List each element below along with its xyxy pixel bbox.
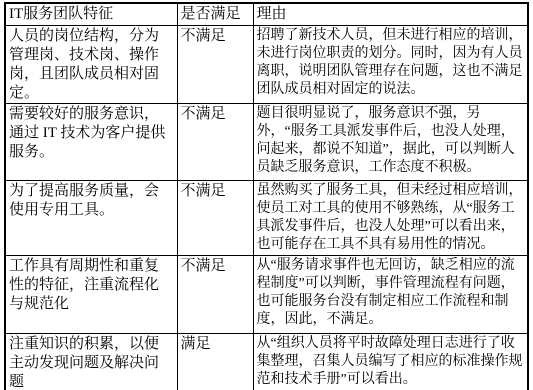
table-row: 工作具有周期性和重复性的特征，注重流程化与规范化 不满足 从“服务请求事件也无回… <box>5 256 528 334</box>
status-cell: 满足 <box>177 334 253 390</box>
status-cell: 不满足 <box>177 26 253 104</box>
status-cell: 不满足 <box>177 104 253 181</box>
feature-cell: 为了提高服务质量，会使用专用工具。 <box>5 181 177 256</box>
feature-cell: 人员的岗位结构，分为管理岗、技术岗、操作岗，且团队成员相对固定。 <box>5 26 177 104</box>
document-page: IT服务团队特征 是否满足 理由 人员的岗位结构，分为管理岗、技术岗、操作岗，且… <box>0 0 533 390</box>
feature-cell: 工作具有周期性和重复性的特征，注重流程化与规范化 <box>5 256 177 334</box>
header-feature: IT服务团队特征 <box>5 3 177 26</box>
header-reason: 理由 <box>253 3 528 26</box>
reason-cell: 招聘了新技术人员，但未进行相应的培训，未进行岗位职责的划分。同时，因为有人员离职… <box>253 26 528 104</box>
reason-cell: 题目很明显说了，服务意识不强，另外，“服务工具派发事件后，也没人处理，问起来，都… <box>253 104 528 181</box>
feature-cell: 注重知识的积累，以便主动发现问题及解决问题 <box>5 334 177 390</box>
header-status: 是否满足 <box>177 3 253 26</box>
status-cell: 不满足 <box>177 256 253 334</box>
header-row: IT服务团队特征 是否满足 理由 <box>5 3 528 26</box>
feature-cell: 需要较好的服务意识，通过 IT 技术为客户提供服务。 <box>5 104 177 181</box>
reason-cell: 虽然购买了服务工具，但未经过相应培训，使员工对工具的使用不够熟练，从“服务工具派… <box>253 181 528 256</box>
table-row: 人员的岗位结构，分为管理岗、技术岗、操作岗，且团队成员相对固定。 不满足 招聘了… <box>5 26 528 104</box>
table-row: 需要较好的服务意识，通过 IT 技术为客户提供服务。 不满足 题目很明显说了，服… <box>5 104 528 181</box>
reason-cell: 从“服务请求事件也无回访，缺乏相应的流程制度”可以判断，事件管理流程有问题，也可… <box>253 256 528 334</box>
it-service-team-table: IT服务团队特征 是否满足 理由 人员的岗位结构，分为管理岗、技术岗、操作岗，且… <box>4 2 529 390</box>
status-cell: 不满足 <box>177 181 253 256</box>
reason-cell: 从“组织人员将平时故障处理日志进行了收集整理，召集人员编写了相应的标准操作规范和… <box>253 334 528 390</box>
table-row: 为了提高服务质量，会使用专用工具。 不满足 虽然购买了服务工具，但未经过相应培训… <box>5 181 528 256</box>
table-row: 注重知识的积累，以便主动发现问题及解决问题 满足 从“组织人员将平时故障处理日志… <box>5 334 528 390</box>
